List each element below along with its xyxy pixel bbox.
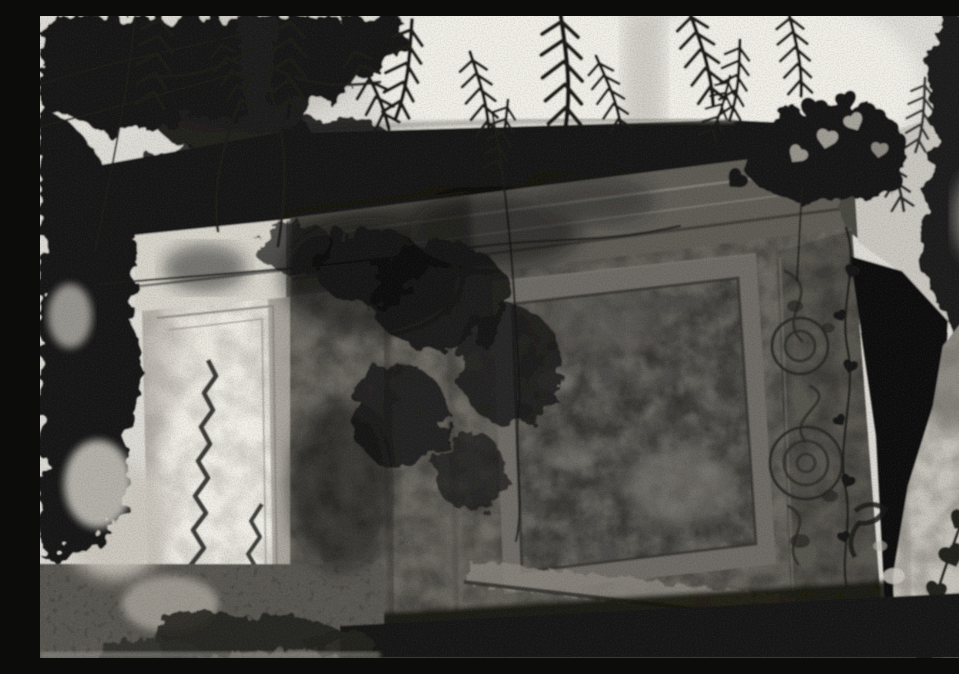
film-grain-overlay <box>40 16 959 658</box>
photo-scene <box>40 16 959 658</box>
grain-light <box>40 16 959 658</box>
photograph-chest-tomb <box>40 16 959 658</box>
